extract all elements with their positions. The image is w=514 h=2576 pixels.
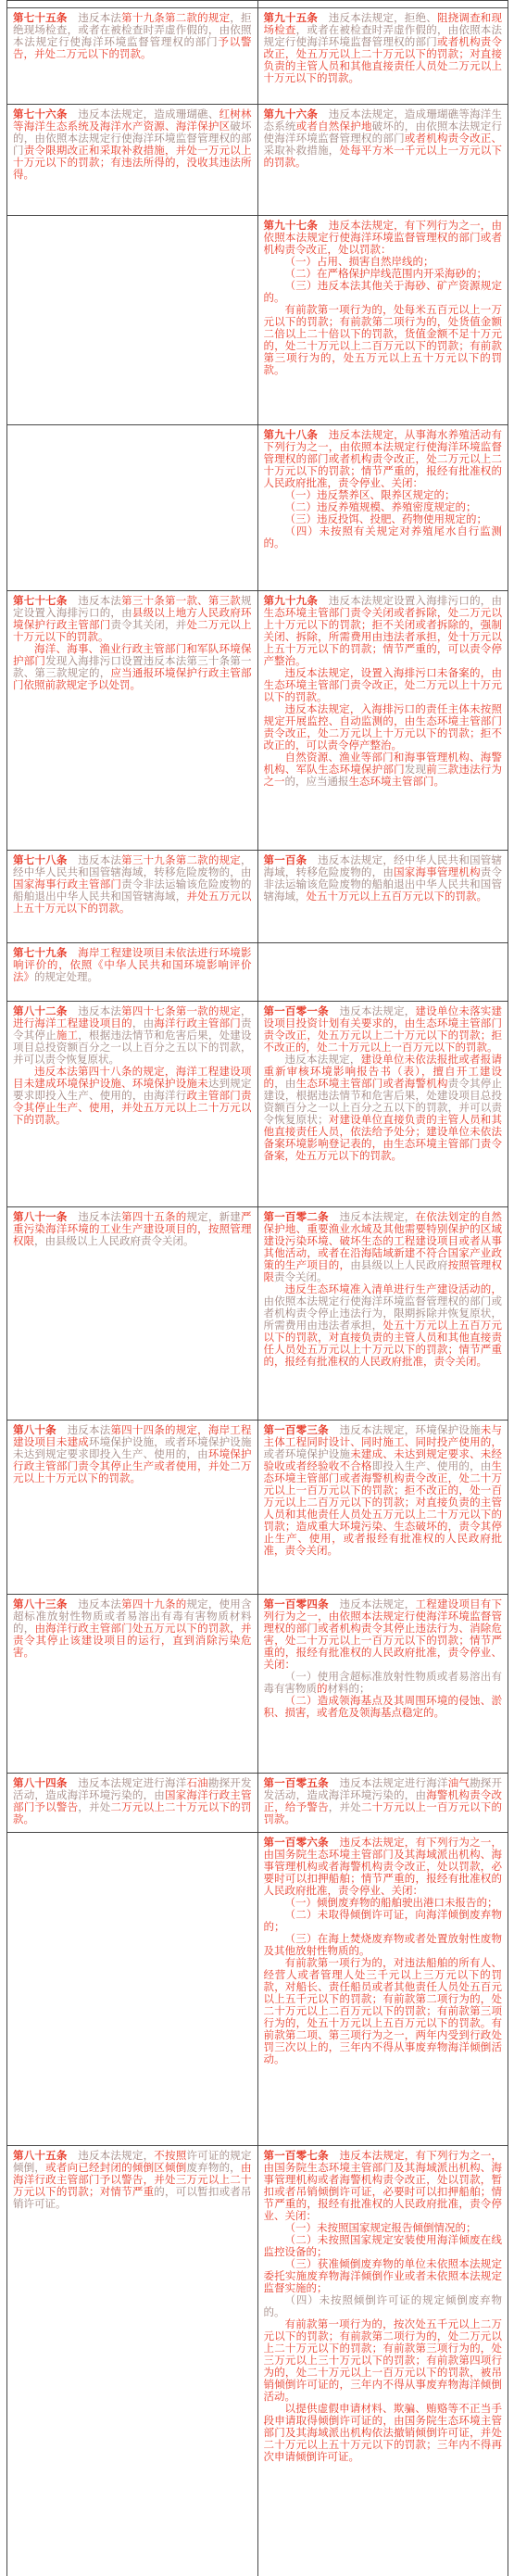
paragraph: （二）造成领海基点及其周围环境的侵蚀、淤积、损害，或者危及领海基点稳定的。	[264, 1695, 503, 1719]
paragraph: 以提供虚假申请材料、欺骗、贿赂等不正当手段申请取得倾倒许可证的，由国务院生态环境…	[264, 2403, 503, 2463]
unchanged-text: 违反本法规定，拒绝、	[318, 11, 437, 24]
paragraph: 自然资源、渔业等部门和海事管理机构、海警机构、军队生态环境保护部门发现前三款违法…	[264, 751, 503, 788]
new-law-cell: 第九十六条 违反本法规定，造成珊瑚礁等海洋生态系统或者自然保护地破坏的，由依照本…	[258, 105, 509, 216]
unchanged-text: 的，应当通报	[285, 775, 349, 788]
article-number: 第八十三条	[13, 1597, 68, 1610]
article-number: 第九十七条	[264, 219, 319, 232]
paragraph: 第八十四条 违反本法规定进行海洋石油勘探开发活动，造成海洋环境污染的，由国家海洋…	[13, 1777, 252, 1825]
old-law-cell: 第八十五条 违反本法规定，不按照许可证的规定倾倒，或者向已经封闭的倾倒区倾倒废弃…	[7, 2146, 258, 2576]
article-number: 第八十二条	[13, 1004, 68, 1017]
unchanged-text: 或者环境保护设施	[264, 1447, 351, 1460]
changed-text: （三）获准倾倒废弃物的单位未依照本法规定委托实施废弃物海洋倾倒作业或者未依照本法…	[264, 2257, 503, 2294]
changed-text: 国家海事管理机构	[394, 865, 481, 878]
changed-text: （三）违反本法其他关于海砂、矿产资源规定的。	[264, 279, 503, 304]
changed-text: （三）在海上焚烧废弃物或者处置放射性废物及其他放射性物质的。	[264, 1932, 503, 1957]
article-number: 第八十条	[13, 1423, 56, 1436]
changed-text: 生态环境主管部门。	[349, 775, 445, 788]
changed-text: 第四十九条的	[121, 1597, 186, 1610]
changed-text: （一）未按照国家规定报告倾倒情况的；	[285, 2221, 477, 2234]
table-row: 第八十五条 违反本法规定，不按照许可证的规定倾倒，或者向已经封闭的倾倒区倾倒废弃…	[7, 2146, 508, 2576]
paragraph: 第一百零二条 违反本法规定，在依法划定的自然保护地、重要渔业水域及其他需要特别保…	[264, 1211, 503, 1283]
unchanged-text: 违反本法规定，	[329, 1597, 416, 1610]
article-number: 第八十四条	[13, 1776, 68, 1789]
paragraph: 违反生态环境准入清单进行生产建设活动的，由依照本法规定行使海洋环境监督管理权的部…	[264, 1283, 503, 1368]
article-number: 第一百零七条	[264, 2149, 329, 2162]
changed-text: （二）违反养殖规模、养殖密度规定的；	[285, 500, 477, 513]
paragraph: 第一百零五条 违反本法规定进行海洋油气勘探开发活动，造成海洋环境污染的，由海警机…	[264, 1777, 503, 1825]
paragraph: 第九十七条 违反本法规定，有下列行为之一，由依照本法规定行使海洋环境监督管理权的…	[264, 220, 503, 256]
table-row: 第七十七条 违反本法第三十条第一款、第三款规定设置入海排污口的，由县级以上地方人…	[7, 591, 508, 851]
paragraph: 违反本法规定，设置入海排污口未备案的，由生态环境主管部门责令改正，处二万元以上十…	[264, 667, 503, 703]
changed-text: 处五十万元以上五百万元以下的罚款。	[307, 890, 488, 903]
unchanged-text: 违反本法	[68, 1597, 122, 1610]
changed-text: 施工	[56, 1029, 78, 1042]
changed-text: 生态环境主管部门责令改正，处二万元以上十万元以下的罚款。	[264, 678, 503, 703]
changed-text: （三）违反投饵、投肥、药物使用规定的；	[285, 512, 488, 525]
new-law-cell: 第一百条 违反本法规定，经中华人民共和国管辖海域，转移危险废物的，由国家海事管理…	[258, 851, 509, 943]
document-page: 第七十五条 违反本法第十九条第二款的规定，拒绝现场检查，或者在被检查时弄虚作假的…	[0, 0, 514, 2576]
article-number: 第九十八条	[264, 428, 319, 441]
paragraph: 有前款第一项行为的，按次处五千元以上二万元以下的罚款；有前款第二项行为的，处二万…	[264, 2318, 503, 2403]
paragraph: （三）获准倾倒废弃物的单位未依照本法规定委托实施废弃物海洋倾倒作业或者未依照本法…	[264, 2258, 503, 2294]
changed-text: 违反生态环境准入清单进行生产建设活动的，	[285, 1282, 503, 1295]
paragraph: 第七十六条 违反本法规定，造成珊瑚礁、红树林等海洋生态系统及海洋水产资源、海洋保…	[13, 108, 252, 181]
article-number: 第一百零一条	[264, 1004, 329, 1017]
paragraph: 有前款第一项行为的，对违法船舶的所有人、经营人或者管理人处三千元以上三万元以下的…	[264, 1957, 503, 2065]
unchanged-text: （一）使用含超标准放射性物质或者易溶出有毒有害物质	[264, 1670, 503, 1695]
new-law-cell	[258, 1, 509, 8]
table-row: 第一百零六条 违反本法规定，有下列行为之一，由国务院生态环境主管部门及其海域派出…	[7, 1833, 508, 2146]
unchanged-text: 违反本法	[68, 594, 122, 607]
paragraph: 第一百零一条 违反本法规定，建设单位未落实建设项目投资计划有关要求的，由生态环境…	[264, 1005, 503, 1054]
old-law-cell	[7, 216, 258, 425]
changed-text: 进行海洋工程建设项目的	[13, 1017, 132, 1029]
unchanged-text: 材料的；	[328, 1682, 370, 1695]
table-row: 第七十九条 海岸工程建设项目未依法进行环境影响评价的，依照《中华人民共和国环境影…	[7, 943, 508, 1002]
paragraph: 第八十三条 违反本法第四十九条的规定，使用含超标准放射性物质或者易溶出有毒有害物…	[13, 1598, 252, 1659]
changed-text: 第三十九条第二款的规定	[121, 853, 241, 866]
paragraph: 第八十五条 违反本法规定，不按照许可证的规定倾倒，或者向已经封闭的倾倒区倾倒废弃…	[13, 2150, 252, 2210]
table-row: 第八十二条 违反本法第四十七条第一款的规定，进行海洋工程建设项目的，由海洋行政主…	[7, 1002, 508, 1207]
changed-text: 海洋行政主管部门	[154, 1017, 241, 1029]
old-law-cell: 第八十三条 违反本法第四十九条的规定，使用含超标准放射性物质或者易溶出有毒有害物…	[7, 1595, 258, 1774]
unchanged-text: 违反本法规定，	[285, 1053, 361, 1066]
article-number: 第九十九条	[264, 594, 319, 607]
paragraph: 第七十八条 违反本法第三十九条第二款的规定，经中华人民共和国管辖海域，转移危险废…	[13, 854, 252, 915]
table-row: 第八十条 违反本法第四十四条的规定，海岸工程建设项目未建成环境保护设施，或者环境…	[7, 1421, 508, 1595]
unchanged-text: 违反本法	[68, 1210, 122, 1223]
table-row: 第九十七条 违反本法规定，有下列行为之一，由依照本法规定行使海洋环境监督管理权的…	[7, 216, 508, 425]
article-number: 第七十九条	[13, 946, 68, 959]
changed-text: 生态环境主管部门或者海警机构	[296, 1077, 448, 1090]
new-law-cell: 第九十八条 违反本法规定，从事海水养殖活动有下列行为之一，由依照本法规定行使海洋…	[258, 425, 509, 591]
unchanged-text: 即投入生产、使用的，由	[372, 1459, 492, 1472]
changed-text: （一）占用、损害自然岸线的；	[285, 255, 434, 268]
table-row: 第七十六条 违反本法规定，造成珊瑚礁、红树林等海洋生态系统及海洋水产资源、海洋保…	[7, 105, 508, 216]
paragraph: 第九十九条 违反本法规定设置入海排污口的，由生态环境主管部门责令关闭或者拆除，处…	[264, 595, 503, 667]
unchanged-text: 采取补救措施，	[264, 144, 340, 157]
article-number: 第一百条	[264, 853, 307, 866]
new-law-cell	[258, 943, 509, 1002]
unchanged-text: 由县级以上人民政府	[350, 1258, 447, 1271]
changed-text: （四）未按照有关规定对养殖尾水自行监测的。	[264, 524, 503, 549]
unchanged-text: ，并处	[78, 1800, 110, 1813]
new-law-cell: 第九十七条 违反本法规定，有下列行为之一，由依照本法规定行使海洋环境监督管理权的…	[258, 216, 509, 425]
unchanged-text	[68, 946, 79, 959]
paragraph: 第七十九条 海岸工程建设项目未依法进行环境影响评价的，依照《中华人民共和国环境影…	[13, 947, 252, 983]
unchanged-text: 的规定处理。	[34, 970, 98, 983]
paragraph: 第八十一条 违反本法第四十五条的规定，新建严重污染海洋环境的工业生产建设项目的，…	[13, 1211, 252, 1247]
changed-text: （二）造成领海基点及其周围环境的侵蚀、淤积、损害，或者危及领海基点稳定的。	[264, 1694, 503, 1719]
old-law-cell: 第七十八条 违反本法第三十九条第二款的规定，经中华人民共和国管辖海域，转移危险废…	[7, 851, 258, 943]
old-law-cell: 第八十条 违反本法第四十四条的规定，海岸工程建设项目未建成环境保护设施，或者环境…	[7, 1421, 258, 1595]
article-number: 第七十五条	[13, 11, 68, 24]
table-row: 第八十三条 违反本法第四十九条的规定，使用含超标准放射性物质或者易溶出有毒有害物…	[7, 1595, 508, 1774]
unchanged-text: 违反本法	[68, 11, 122, 24]
article-number: 第七十八条	[13, 853, 68, 866]
changed-text: 或者向已经封闭的倾倒区倾倒	[45, 2161, 186, 2174]
paragraph: （四）未按照倾倒许可证的规定倾倒废弃物的。	[264, 2294, 503, 2318]
table-row: 第九十八条 违反本法规定，从事海水养殖活动有下列行为之一，由依照本法规定行使海洋…	[7, 425, 508, 591]
changed-text: 第三十条第一款、第三款	[121, 594, 241, 607]
paragraph: （二）未取得倾倒许可证，向海洋倾倒废弃物的；	[264, 1909, 503, 1933]
article-number: 第一百零二条	[264, 1210, 329, 1223]
unchanged-text: ，由	[132, 1017, 154, 1029]
paragraph: 第七十五条 违反本法第十九条第二款的规定，拒绝现场检查，或者在被检查时弄虚作假的…	[13, 12, 252, 60]
paragraph: 第一百零七条 违反本法规定，有下列行为之一，由国务院生态环境主管部门及其海域派出…	[264, 2150, 503, 2222]
changed-text: 以提供虚假申请材料、欺骗、贿赂等不正当手段申请取得倾倒许可证的，由国务院生态环境…	[264, 2402, 503, 2463]
unchanged-text: 违反本法	[68, 853, 122, 866]
changed-text: 第四十七条第一款的规定	[121, 1004, 241, 1017]
table-row: 第七十五条 违反本法第十九条第二款的规定，拒绝现场检查，或者在被检查时弄虚作假的…	[7, 8, 508, 105]
new-law-cell: 第一百零七条 违反本法规定，有下列行为之一，由国务院生态环境主管部门及其海域派出…	[258, 2146, 509, 2576]
paragraph: 第八十二条 违反本法第四十七条第一款的规定，进行海洋工程建设项目的，由海洋行政主…	[13, 1005, 252, 1066]
unchanged-text: 违反本法	[68, 1004, 122, 1017]
changed-text: （二）在严格保护岸线范围内开采海砂的；	[285, 267, 488, 280]
unchanged-text: ，并处	[329, 1800, 361, 1813]
changed-text: 由海洋行政主管部门处五万元以下的罚款，并责令其停止该建设项目的运行，直到消除污染…	[13, 1622, 252, 1659]
paragraph: 第一百条 违反本法规定，经中华人民共和国管辖海域，转移危险废物的，由国家海事管理…	[264, 854, 503, 903]
changed-text: 油气	[448, 1776, 470, 1789]
unchanged-text: 违反本法	[56, 1423, 111, 1436]
old-law-cell: 第七十五条 违反本法第十九条第二款的规定，拒绝现场检查，或者在被检查时弄虚作假的…	[7, 8, 258, 105]
paragraph: 第一百零三条 违反本法规定，环境保护设施未与主体工程同时设计、同时施工、同时投产…	[264, 1424, 503, 1557]
changed-text: 第十九条第二款的规定	[121, 11, 230, 24]
changed-text: 责令限期改正和采取补救措施，并处一万元以上十万元以下的罚款；有违法所得的，没收其…	[13, 144, 252, 181]
old-law-cell: 第八十一条 违反本法第四十五条的规定，新建严重污染海洋环境的工业生产建设项目的，…	[7, 1207, 258, 1421]
changed-text: （一）违反禁养区、限养区规定的；	[285, 488, 456, 501]
changed-text: 违反本法规定，	[285, 666, 361, 679]
article-number: 第九十五条	[264, 11, 319, 24]
changed-text: 生态环境主管部门或者海警机构责令改正，处二十万元以上一百万元以下的罚款；拒不改正…	[264, 1459, 503, 1557]
changed-text: 有前款第一项行为的，处每米五百元以上一万元以下的罚款；有前款第二项行为的，处货值…	[264, 303, 503, 376]
unchanged-text: ，由	[274, 1077, 295, 1090]
new-law-cell: 第一百零六条 违反本法规定，有下列行为之一，由国务院生态环境主管部门及其海域派出…	[258, 1833, 509, 2146]
unchanged-text: ，由县级以上人民政府责令关闭。	[34, 1234, 194, 1247]
unchanged-text: （四）未按照倾倒许可证的规定倾倒废弃物的。	[264, 2293, 503, 2318]
old-law-cell	[7, 425, 258, 591]
article-number: 第一百零四条	[264, 1597, 329, 1610]
table-row: 第七十八条 违反本法第三十九条第二款的规定，经中华人民共和国管辖海域，转移危险废…	[7, 851, 508, 943]
unchanged-text: 规定，新建	[186, 1210, 241, 1223]
unchanged-text: 违反本法规定，	[68, 2149, 155, 2162]
new-law-cell: 第一百零五条 违反本法规定进行海洋油气勘探开发活动，造成海洋环境污染的，由海警机…	[258, 1774, 509, 1833]
unchanged-text: 发现	[405, 763, 426, 776]
paragraph: 第八十条 违反本法第四十四条的规定，海岸工程建设项目未建成环境保护设施，或者环境…	[13, 1424, 252, 1484]
changed-text: 有前款第一项行为的，按次处五千元以上二万元以下的罚款；有前款第二项行为的，处二万…	[264, 2317, 503, 2403]
changed-text: 国家海事行政主管部门	[13, 878, 121, 890]
changed-text: （二）未取得倾倒许可证，向海洋倾倒废弃物的；	[264, 1908, 503, 1933]
old-law-cell: 第七十七条 违反本法第三十条第一款、第三款规定设置入海排污口的，由县级以上地方人…	[7, 591, 258, 851]
changed-text: 违反本法规定，	[285, 702, 361, 715]
changed-text: 或者自然保护地	[296, 120, 372, 133]
article-number: 第一百零三条	[264, 1423, 329, 1436]
paragraph: 第九十八条 违反本法规定，从事海水养殖活动有下列行为之一，由依照本法规定行使海洋…	[264, 429, 503, 489]
paragraph: 第七十七条 违反本法第三十条第一款、第三款规定设置入海排污口的，由县级以上地方人…	[13, 595, 252, 643]
article-number: 第八十一条	[13, 1210, 68, 1223]
paragraph: 海洋、海事、渔业行政主管部门和军队环境保护部门发现入海排污口设置违反本法第三十条…	[13, 643, 252, 691]
paragraph: 第九十六条 违反本法规定，造成珊瑚礁等海洋生态系统或者自然保护地破坏的，由依照本…	[264, 108, 503, 169]
unchanged-text: 违反本法规定设置入海排污口的，由	[318, 594, 502, 607]
changed-text: 不按照	[154, 2149, 186, 2162]
unchanged-text: 违反本法规定进行海洋	[68, 1776, 187, 1789]
new-law-cell: 第一百零三条 违反本法规定，环境保护设施未与主体工程同时设计、同时施工、同时投产…	[258, 1421, 509, 1595]
paragraph: （四）未按照有关规定对养殖尾水自行监测的。	[264, 525, 503, 549]
article-number: 第一百零五条	[264, 1776, 329, 1789]
unchanged-text: ，	[241, 1004, 252, 1017]
paragraph: 违反本法规定，入海排污口的责任主体未按照规定开展监控、自动监测的，由生态环境主管…	[264, 703, 503, 751]
table-row	[7, 1, 508, 8]
unchanged-text: 责令关闭。	[274, 1270, 328, 1283]
table-row: 第八十四条 违反本法规定进行海洋石油勘探开发活动，造成海洋环境污染的，由国家海洋…	[7, 1774, 508, 1833]
paragraph: （一）使用含超标准放射性物质或者易溶出有毒有害物质的材料的；	[264, 1671, 503, 1695]
new-law-cell: 第一百零四条 违反本法规定，工程建设项目有下列行为之一，由依照本法规定行使海洋环…	[258, 1595, 509, 1774]
old-law-cell: 第七十九条 海岸工程建设项目未依法进行环境影响评价的，依照《中华人民共和国环境影…	[7, 943, 258, 1002]
paragraph: （三）违反本法其他关于海砂、矿产资源规定的。	[264, 280, 503, 304]
paragraph: （三）在海上焚烧废弃物或者处置放射性废物及其他放射性物质的。	[264, 1933, 503, 1957]
new-law-cell: 第一百零二条 违反本法规定，在依法划定的自然保护地、重要渔业水域及其他需要特别保…	[258, 1207, 509, 1421]
paragraph: 第一百零六条 违反本法规定，有下列行为之一，由国务院生态环境主管部门及其海域派出…	[264, 1837, 503, 1897]
unchanged-text: 废弃物的，	[186, 2161, 241, 2174]
article-number: 第一百零六条	[264, 1836, 329, 1849]
unchanged-text: 违反本法规定，	[329, 1210, 416, 1223]
changed-text: 第四十五条的	[121, 1210, 186, 1223]
changed-text: 的	[317, 1682, 328, 1695]
changed-text: 生态环境主管部门责令关闭或者拆除，处二万元以上十万元以下的罚款；拒不关闭或者拆除…	[264, 606, 503, 667]
old-law-cell	[7, 1833, 258, 2146]
changed-text: （一）倾倒废弃物的船舶驶出港口未报告的；	[285, 1896, 498, 1909]
unchanged-text: 违反本法规定进行海洋	[329, 1776, 448, 1789]
unchanged-text: 违反本法规定，	[329, 1004, 416, 1017]
old-law-cell	[7, 1, 258, 8]
comparison-table: 第七十五条 违反本法第十九条第二款的规定，拒绝现场检查，或者在被检查时弄虚作假的…	[6, 0, 508, 2576]
changed-text: （二）未按照国家规定安装使用海洋倾废在线监控设备的；	[264, 2233, 503, 2258]
paragraph: 第九十五条 违反本法规定，拒绝、阻挠调查和现场检查，或者在被检查时弄虚作假的，由…	[264, 12, 503, 84]
new-law-cell: 第九十九条 违反本法规定设置入海排污口的，由生态环境主管部门责令关闭或者拆除，处…	[258, 591, 509, 851]
article-number: 第七十六条	[13, 107, 68, 120]
paragraph: 违反本法第四十八条的规定，海洋工程建设项目未建成环境保护设施、环境保护设施未达到…	[13, 1066, 252, 1126]
new-law-cell: 第九十五条 违反本法规定，拒绝、阻挠调查和现场检查，或者在被检查时弄虚作假的，由…	[258, 8, 509, 105]
unchanged-text: 违反本法规定，环境保护设施	[329, 1423, 481, 1436]
changed-text: 设置入海排污口未备案的，由	[361, 666, 502, 679]
unchanged-text: 责令其关闭，并	[110, 618, 186, 631]
changed-text: 有前款第一项行为的，对违法船舶的所有人、经营人或者管理人处三千元以上三万元以下的…	[264, 1956, 503, 2065]
paragraph: 违反本法规定，建设单位未依法报批或者报请重新审核环境影响报告书（表），擅自开工建…	[264, 1054, 503, 1162]
old-law-cell: 第八十二条 违反本法第四十七条第一款的规定，进行海洋工程建设项目的，由海洋行政主…	[7, 1002, 258, 1207]
old-law-cell: 第八十四条 违反本法规定进行海洋石油勘探开发活动，造成海洋环境污染的，由国家海洋…	[7, 1774, 258, 1833]
old-law-cell: 第七十六条 违反本法规定，造成珊瑚礁、红树林等海洋生态系统及海洋水产资源、海洋保…	[7, 105, 258, 216]
paragraph: 第一百零四条 违反本法规定，工程建设项目有下列行为之一，由依照本法规定行使海洋环…	[264, 1598, 503, 1671]
article-number: 第九十六条	[264, 107, 319, 120]
paragraph: 有前款第一项行为的，处每米五百元以上一万元以下的罚款；有前款第二项行为的，处货值…	[264, 304, 503, 376]
changed-text: 石油	[186, 1776, 207, 1789]
new-law-cell: 第一百零一条 违反本法规定，建设单位未落实建设项目投资计划有关要求的，由生态环境…	[258, 1002, 509, 1207]
changed-text: 或者机构责令改正、	[405, 132, 502, 145]
paragraph: （二）未按照国家规定安装使用海洋倾废在线监控设备的；	[264, 2234, 503, 2258]
article-number: 第八十五条	[13, 2149, 68, 2162]
table-row: 第八十一条 违反本法第四十五条的规定，新建严重污染海洋环境的工业生产建设项目的，…	[7, 1207, 508, 1421]
unchanged-text: 违反本法规定，造成珊瑚礁、	[68, 107, 219, 120]
article-number: 第七十七条	[13, 594, 68, 607]
